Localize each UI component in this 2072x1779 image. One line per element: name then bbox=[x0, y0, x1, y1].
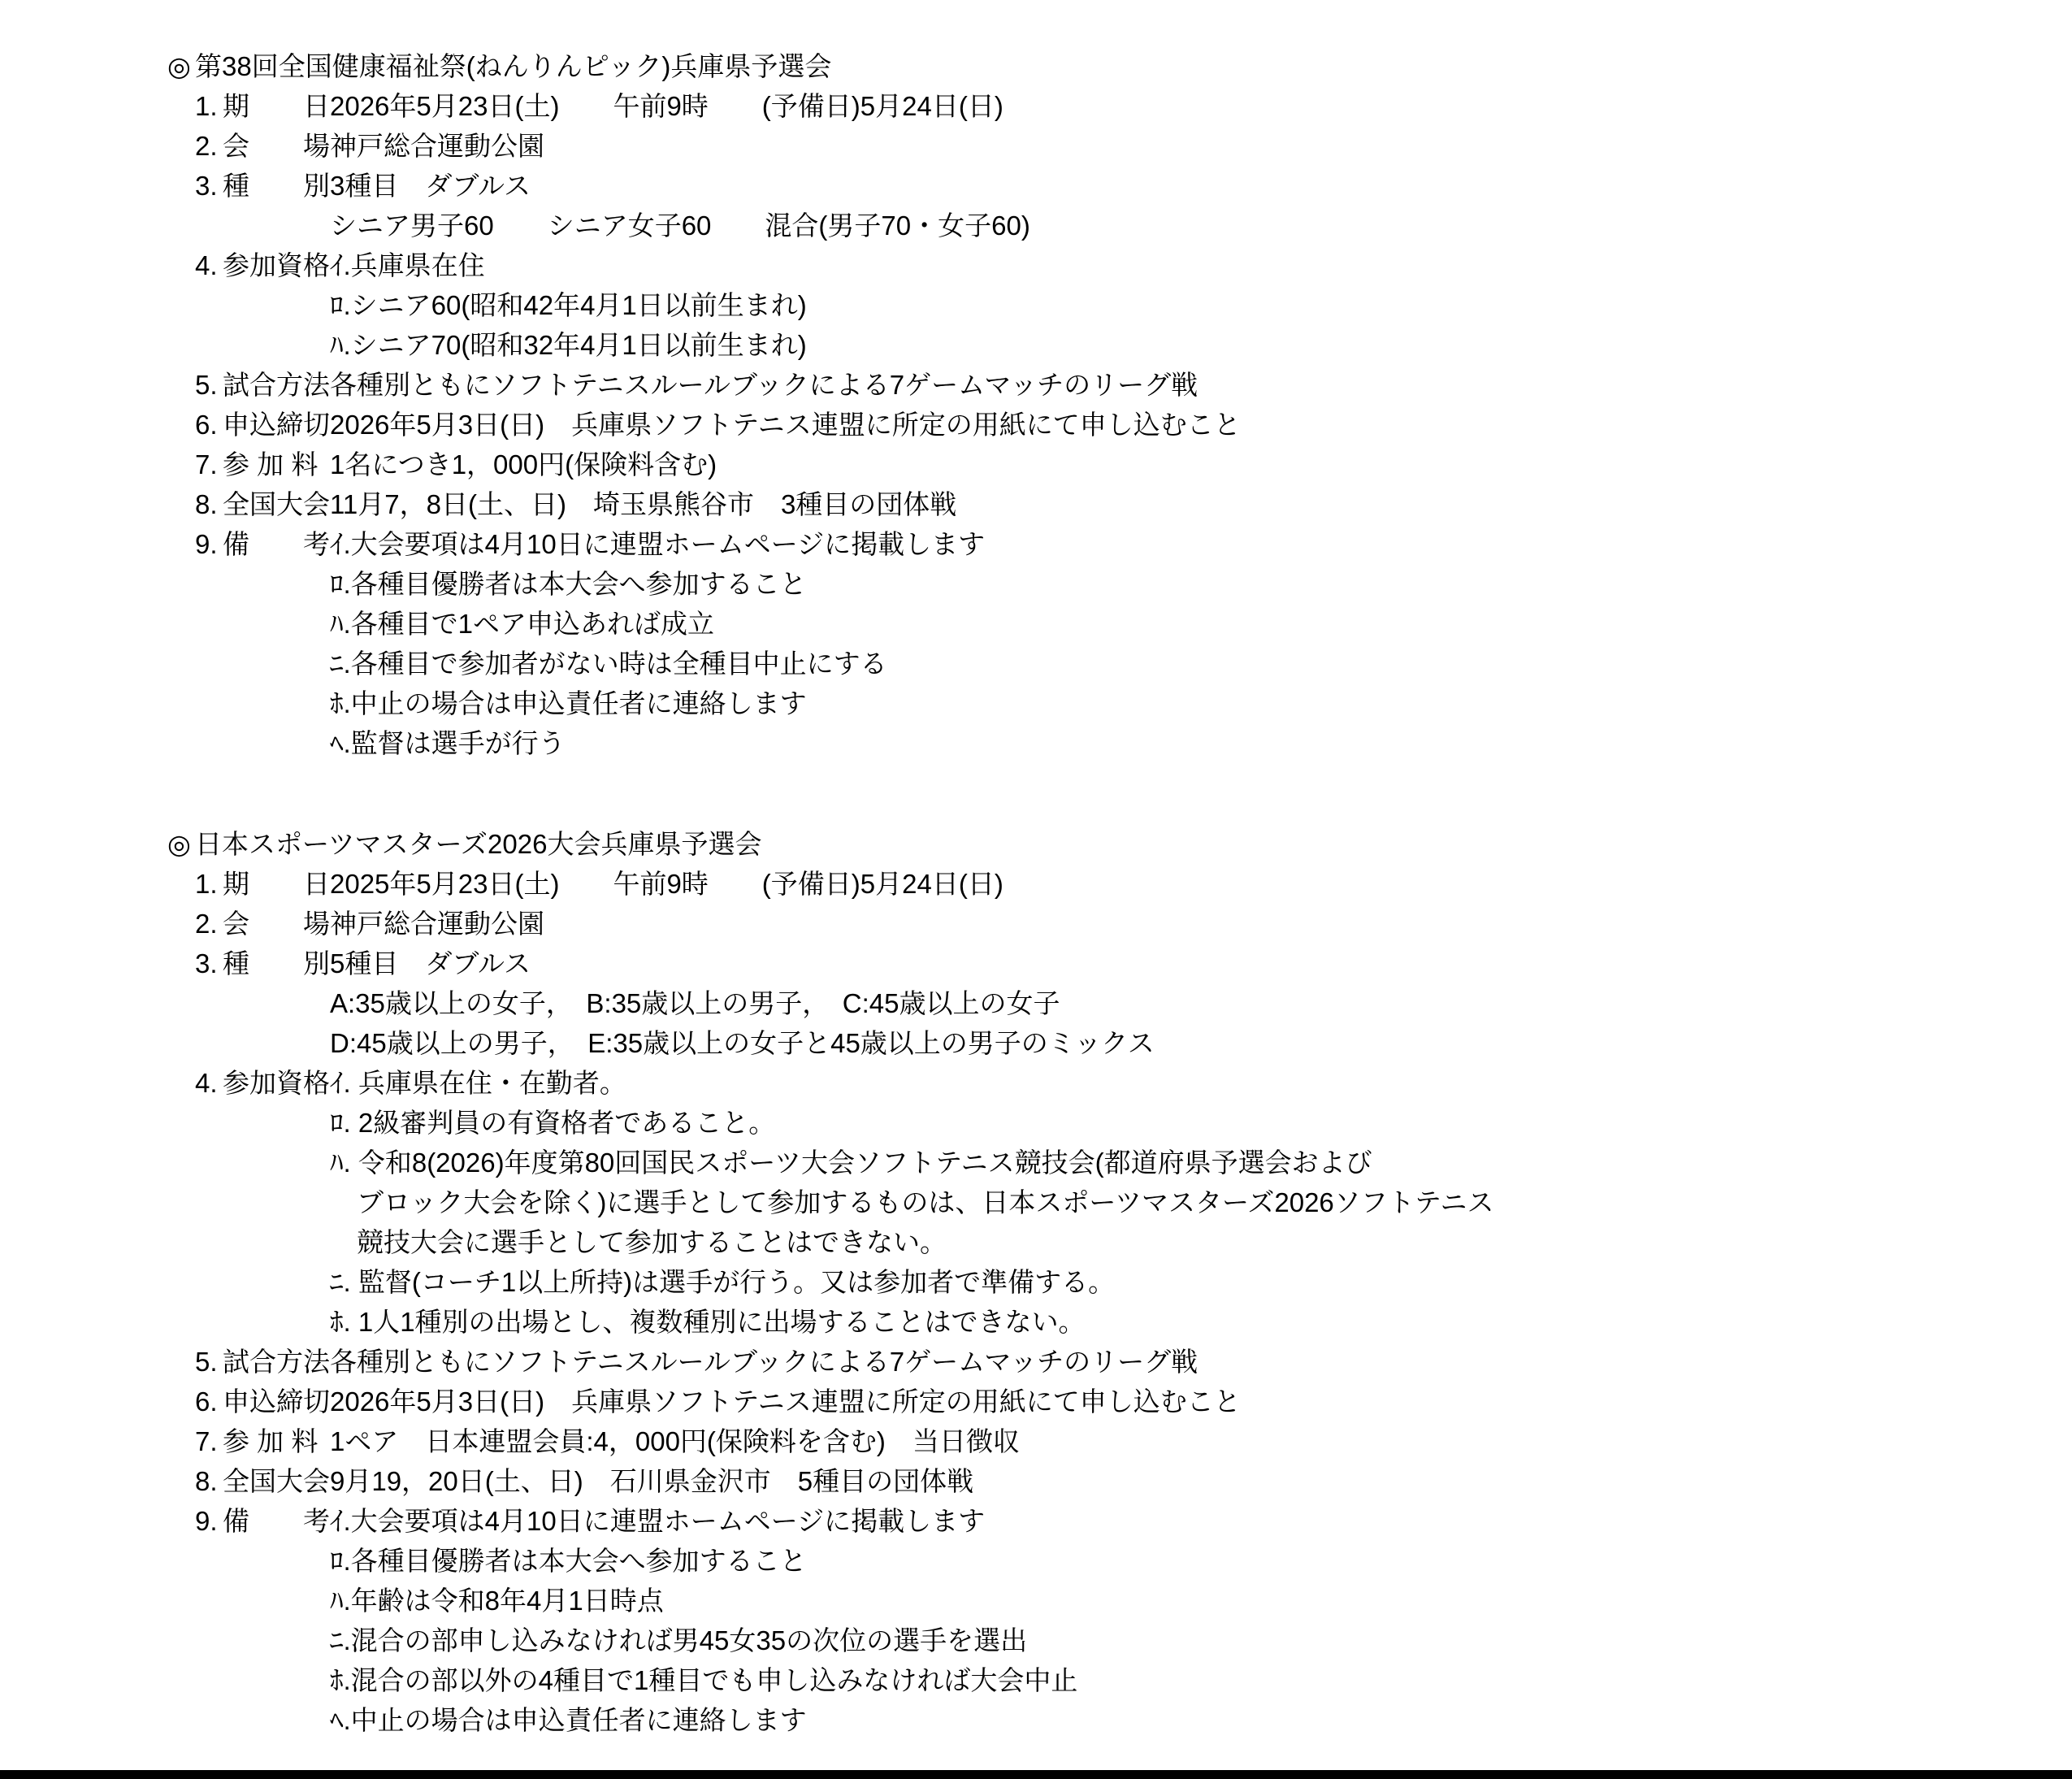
item-number: 1. bbox=[195, 864, 223, 904]
item-date: 1. 期 日 2025年5月23日(土) 午前9時 (予備日)5月24日(日) bbox=[195, 864, 2072, 904]
item-line: D:45歳以上の男子， E:35歳以上の女子と45歳以上の男子のミックス bbox=[330, 1023, 2072, 1063]
item-line: 2026年5月23日(土) 午前9時 (予備日)5月24日(日) bbox=[330, 86, 2072, 126]
item-line: ﾎ.中止の場合は申込責任者に連絡します bbox=[330, 683, 2072, 723]
item-label: 種 別 bbox=[223, 166, 330, 206]
item-number: 4. bbox=[195, 245, 223, 285]
item-line-wrapped: 競技大会に選手として参加することはできない。 bbox=[357, 1222, 2072, 1262]
item-value: 11月7，8日(土、日) 埼玉県熊谷市 3種目の団体戦 bbox=[330, 484, 2072, 524]
item-deadline: 6. 申込締切 2026年5月3日(日) 兵庫県ソフトテニス連盟に所定の用紙にて… bbox=[195, 405, 2072, 445]
item-value: 2026年5月3日(日) 兵庫県ソフトテニス連盟に所定の用紙にて申し込むこと bbox=[330, 405, 2072, 445]
item-line: ﾍ.監督は選手が行う bbox=[330, 723, 2072, 763]
item-line: ﾊ.各種目で1ペア申込あれば成立 bbox=[330, 604, 2072, 644]
item-categories: 3. 種 別 5種目 ダブルス A:35歳以上の女子， B:35歳以上の男子， … bbox=[195, 944, 2072, 1063]
item-value: 神戸総合運動公園 bbox=[330, 904, 2072, 944]
item-fee: 7. 参 加 料 1名につき1，000円(保険料含む) bbox=[195, 445, 2072, 484]
item-list: 1. 期 日 2025年5月23日(土) 午前9時 (予備日)5月24日(日) … bbox=[195, 864, 2072, 1740]
item-number: 7. bbox=[195, 1421, 223, 1461]
item-date: 1. 期 日 2026年5月23日(土) 午前9時 (予備日)5月24日(日) bbox=[195, 86, 2072, 126]
item-value: 5種目 ダブルス A:35歳以上の女子， B:35歳以上の男子， C:45歳以上… bbox=[330, 944, 2072, 1063]
item-value: 2026年5月3日(日) 兵庫県ソフトテニス連盟に所定の用紙にて申し込むこと bbox=[330, 1382, 2072, 1421]
item-line: ﾊ.年齢は令和8年4月1日時点 bbox=[330, 1581, 2072, 1621]
item-line: 各種別ともにソフトテニスルールブックによる7ゲームマッチのリーグ戦 bbox=[330, 365, 2072, 405]
item-number: 8. bbox=[195, 484, 223, 524]
item-match-format: 5. 試合方法 各種別ともにソフトテニスルールブックによる7ゲームマッチのリーグ… bbox=[195, 365, 2072, 405]
item-line: 11月7，8日(土、日) 埼玉県熊谷市 3種目の団体戦 bbox=[330, 484, 2072, 524]
item-label: 種 別 bbox=[223, 944, 330, 983]
item-deadline: 6. 申込締切 2026年5月3日(日) 兵庫県ソフトテニス連盟に所定の用紙にて… bbox=[195, 1382, 2072, 1421]
item-label: 試合方法 bbox=[223, 1342, 330, 1382]
item-line: ｲ.兵庫県在住 bbox=[330, 245, 2072, 285]
item-line: ｲ.大会要項は4月10日に連盟ホームページに掲載します bbox=[330, 524, 2072, 564]
double-circle-bullet: ◎ bbox=[167, 46, 195, 86]
item-value: 神戸総合運動公園 bbox=[330, 126, 2072, 166]
item-line: ﾊ.シニア70(昭和32年4月1日以前生まれ) bbox=[330, 325, 2072, 365]
double-circle-bullet: ◎ bbox=[167, 824, 195, 864]
section-heading: ◎ 日本スポーツマスターズ2026大会兵庫県予選会 bbox=[167, 824, 2072, 864]
item-venue: 2. 会 場 神戸総合運動公園 bbox=[195, 904, 2072, 944]
item-national-tournament: 8. 全国大会 11月7，8日(土、日) 埼玉県熊谷市 3種目の団体戦 bbox=[195, 484, 2072, 524]
item-line: 1名につき1，000円(保険料含む) bbox=[330, 445, 2072, 484]
item-value: ｲ.兵庫県在住 ﾛ.シニア60(昭和42年4月1日以前生まれ) ﾊ.シニア70(… bbox=[330, 245, 2072, 365]
section-title-text: 第38回全国健康福祉祭(ねんりんピック)兵庫県予選会 bbox=[195, 46, 831, 86]
item-label: 全国大会 bbox=[223, 1461, 330, 1501]
item-line: 3種目 ダブルス bbox=[330, 166, 2072, 206]
item-line: ﾍ.中止の場合は申込責任者に連絡します bbox=[330, 1700, 2072, 1740]
item-label: 全国大会 bbox=[223, 484, 330, 524]
item-number: 2. bbox=[195, 126, 223, 166]
item-line: ﾆ.各種目で参加者がない時は全種目中止にする bbox=[330, 644, 2072, 683]
item-number: 6. bbox=[195, 405, 223, 445]
item-label: 期 日 bbox=[223, 86, 330, 126]
item-value: ｲ.大会要項は4月10日に連盟ホームページに掲載します ﾛ.各種目優勝者は本大会… bbox=[330, 524, 2072, 763]
item-value: 各種別ともにソフトテニスルールブックによる7ゲームマッチのリーグ戦 bbox=[330, 365, 2072, 405]
item-line: 1ペア 日本連盟会員:4，000円(保険料を含む) 当日徴収 bbox=[330, 1421, 2072, 1461]
item-number: 8. bbox=[195, 1461, 223, 1501]
item-line: ﾎ.混合の部以外の4種目で1種目でも申し込みなければ大会中止 bbox=[330, 1660, 2072, 1700]
item-number: 4. bbox=[195, 1063, 223, 1103]
item-fee: 7. 参 加 料 1ペア 日本連盟会員:4，000円(保険料を含む) 当日徴収 bbox=[195, 1421, 2072, 1461]
item-line: 神戸総合運動公園 bbox=[330, 904, 2072, 944]
item-value: 1ペア 日本連盟会員:4，000円(保険料を含む) 当日徴収 bbox=[330, 1421, 2072, 1461]
item-line: ﾛ. 2級審判員の有資格者であること。 bbox=[330, 1103, 2072, 1143]
item-number: 5. bbox=[195, 1342, 223, 1382]
item-line: 2025年5月23日(土) 午前9時 (予備日)5月24日(日) bbox=[330, 864, 2072, 904]
section-heading: ◎ 第38回全国健康福祉祭(ねんりんピック)兵庫県予選会 bbox=[167, 46, 2072, 86]
item-label: 備 考 bbox=[223, 1501, 330, 1541]
item-line: ﾛ.シニア60(昭和42年4月1日以前生まれ) bbox=[330, 285, 2072, 325]
item-label: 試合方法 bbox=[223, 365, 330, 405]
item-value: 2025年5月23日(土) 午前9時 (予備日)5月24日(日) bbox=[330, 864, 2072, 904]
item-line: ﾊ. 令和8(2026)年度第80回国民スポーツ大会ソフトテニス競技会(都道府県… bbox=[330, 1143, 2072, 1182]
item-national-tournament: 8. 全国大会 9月19，20日(土、日) 石川県金沢市 5種目の団体戦 bbox=[195, 1461, 2072, 1501]
item-venue: 2. 会 場 神戸総合運動公園 bbox=[195, 126, 2072, 166]
item-line: 9月19，20日(土、日) 石川県金沢市 5種目の団体戦 bbox=[330, 1461, 2072, 1501]
item-line: ﾆ. 監督(コーチ1以上所持)は選手が行う。又は参加者で準備する。 bbox=[330, 1262, 2072, 1302]
item-notes: 9. 備 考 ｲ.大会要項は4月10日に連盟ホームページに掲載します ﾛ.各種目… bbox=[195, 1501, 2072, 1740]
item-label: 期 日 bbox=[223, 864, 330, 904]
item-line: 各種別ともにソフトテニスルールブックによる7ゲームマッチのリーグ戦 bbox=[330, 1342, 2072, 1382]
item-value: 各種別ともにソフトテニスルールブックによる7ゲームマッチのリーグ戦 bbox=[330, 1342, 2072, 1382]
item-number: 9. bbox=[195, 524, 223, 564]
item-label: 申込締切 bbox=[223, 1382, 330, 1421]
section-title-text: 日本スポーツマスターズ2026大会兵庫県予選会 bbox=[195, 824, 761, 864]
item-eligibility: 4. 参加資格 ｲ. 兵庫県在住・在勤者。 ﾛ. 2級審判員の有資格者であること… bbox=[195, 1063, 2072, 1342]
item-number: 6. bbox=[195, 1382, 223, 1421]
item-number: 7. bbox=[195, 445, 223, 484]
item-label: 参加資格 bbox=[223, 1063, 330, 1103]
section-sports-masters: ◎ 日本スポーツマスターズ2026大会兵庫県予選会 1. 期 日 2025年5月… bbox=[167, 824, 2072, 1740]
item-value: ｲ. 兵庫県在住・在勤者。 ﾛ. 2級審判員の有資格者であること。 ﾊ. 令和8… bbox=[330, 1063, 2072, 1342]
item-number: 3. bbox=[195, 944, 223, 983]
item-categories: 3. 種 別 3種目 ダブルス シニア男子60 シニア女子60 混合(男子70・… bbox=[195, 166, 2072, 245]
item-line: 5種目 ダブルス bbox=[330, 944, 2072, 983]
item-list: 1. 期 日 2026年5月23日(土) 午前9時 (予備日)5月24日(日) … bbox=[195, 86, 2072, 763]
item-line: 2026年5月3日(日) 兵庫県ソフトテニス連盟に所定の用紙にて申し込むこと bbox=[330, 1382, 2072, 1421]
item-eligibility: 4. 参加資格 ｲ.兵庫県在住 ﾛ.シニア60(昭和42年4月1日以前生まれ) … bbox=[195, 245, 2072, 365]
item-line: ﾆ.混合の部申し込みなければ男45女35の次位の選手を選出 bbox=[330, 1621, 2072, 1660]
item-line: 2026年5月3日(日) 兵庫県ソフトテニス連盟に所定の用紙にて申し込むこと bbox=[330, 405, 2072, 445]
item-number: 9. bbox=[195, 1501, 223, 1541]
item-label: 参 加 料 bbox=[223, 445, 330, 484]
bottom-edge-bar bbox=[0, 1770, 2072, 1779]
item-line: A:35歳以上の女子， B:35歳以上の男子， C:45歳以上の女子 bbox=[330, 983, 2072, 1023]
item-line: シニア男子60 シニア女子60 混合(男子70・女子60) bbox=[330, 206, 2072, 245]
item-label: 備 考 bbox=[223, 524, 330, 564]
document-page: ◎ 第38回全国健康福祉祭(ねんりんピック)兵庫県予選会 1. 期 日 2026… bbox=[0, 0, 2072, 1779]
item-match-format: 5. 試合方法 各種別ともにソフトテニスルールブックによる7ゲームマッチのリーグ… bbox=[195, 1342, 2072, 1382]
item-label: 参加資格 bbox=[223, 245, 330, 285]
item-notes: 9. 備 考 ｲ.大会要項は4月10日に連盟ホームページに掲載します ﾛ.各種目… bbox=[195, 524, 2072, 763]
item-line: ﾛ.各種目優勝者は本大会へ参加すること bbox=[330, 1541, 2072, 1581]
item-number: 2. bbox=[195, 904, 223, 944]
item-line: ﾎ. 1人1種別の出場とし、複数種別に出場することはできない。 bbox=[330, 1302, 2072, 1342]
item-number: 3. bbox=[195, 166, 223, 206]
item-value: ｲ.大会要項は4月10日に連盟ホームページに掲載します ﾛ.各種目優勝者は本大会… bbox=[330, 1501, 2072, 1740]
document-body: ◎ 第38回全国健康福祉祭(ねんりんピック)兵庫県予選会 1. 期 日 2026… bbox=[0, 0, 2072, 1740]
item-line-wrapped: ブロック大会を除く)に選手として参加するものは、日本スポーツマスターズ2026ソ… bbox=[357, 1182, 2072, 1222]
item-line: ﾛ.各種目優勝者は本大会へ参加すること bbox=[330, 564, 2072, 604]
item-label: 会 場 bbox=[223, 904, 330, 944]
item-line: ｲ. 兵庫県在住・在勤者。 bbox=[330, 1063, 2072, 1103]
item-line: 神戸総合運動公園 bbox=[330, 126, 2072, 166]
item-number: 1. bbox=[195, 86, 223, 126]
item-number: 5. bbox=[195, 365, 223, 405]
item-value: 3種目 ダブルス シニア男子60 シニア女子60 混合(男子70・女子60) bbox=[330, 166, 2072, 245]
section-nenrin-pick: ◎ 第38回全国健康福祉祭(ねんりんピック)兵庫県予選会 1. 期 日 2026… bbox=[167, 46, 2072, 763]
item-label: 申込締切 bbox=[223, 405, 330, 445]
item-value: 1名につき1，000円(保険料含む) bbox=[330, 445, 2072, 484]
item-label: 会 場 bbox=[223, 126, 330, 166]
item-value: 9月19，20日(土、日) 石川県金沢市 5種目の団体戦 bbox=[330, 1461, 2072, 1501]
item-label: 参 加 料 bbox=[223, 1421, 330, 1461]
item-line: ｲ.大会要項は4月10日に連盟ホームページに掲載します bbox=[330, 1501, 2072, 1541]
item-value: 2026年5月23日(土) 午前9時 (予備日)5月24日(日) bbox=[330, 86, 2072, 126]
